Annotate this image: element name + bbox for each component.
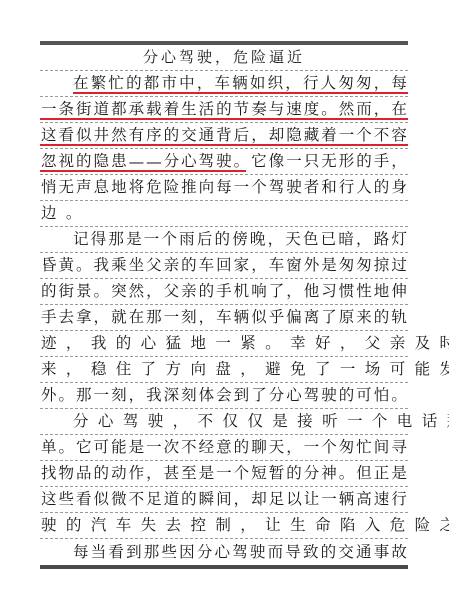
red-underline — [40, 144, 408, 146]
essay-line: 记得那是一个雨后的傍晚，天色已暗，路灯 — [40, 227, 408, 253]
essay-line: 边。 — [40, 201, 408, 227]
essay-line: 的街景。突然，父亲的手机响了，他习惯性地伸 — [40, 279, 408, 305]
essay-title: 分心驾驶，危险逼近 — [40, 45, 408, 71]
essay-line: 昏黄。我乘坐父亲的车回家，车窗外是匆匆掠过 — [40, 253, 408, 279]
essay-line: 悄无声息地将危险推向每一个驾驶者和行人的身 — [40, 175, 408, 201]
essay-line: 一条街道都承载着生活的节奏与速度。然而，在 — [40, 97, 408, 123]
essay-line: 迹，我的心猛地一紧。幸好，父亲及时回过神 — [40, 331, 408, 357]
essay-line: 找物品的动作，甚至是一个短暂的分神。但正是 — [40, 461, 408, 487]
essay-line: 忽视的隐患——分心驾驶。它像一只无形的手， — [40, 149, 408, 175]
essay-line: 驶的汽车失去控制，让生命陷入危险之中。 — [40, 513, 408, 539]
essay-line: 来，稳住了方向盘，避免了一场可能发生的意 — [40, 357, 408, 383]
essay-line: 这看似井然有序的交通背后，却隐藏着一个不容 — [40, 123, 408, 149]
essay-page: 分心驾驶，危险逼近 在繁忙的都市中，车辆如织，行人匆匆，每一条街道都承载着生活的… — [40, 41, 408, 569]
red-underline — [40, 118, 408, 120]
essay-line: 单。它可能是一次不经意的聊天，一个匆忙间寻 — [40, 435, 408, 461]
red-underline — [73, 92, 408, 94]
red-underline — [40, 170, 246, 172]
bottom-rule — [40, 565, 408, 569]
essay-line: 在繁忙的都市中，车辆如织，行人匆匆，每 — [40, 71, 408, 97]
essay-line: 外。那一刻，我深刻体会到了分心驾驶的可怕。 — [40, 383, 408, 409]
essay-line: 每当看到那些因分心驾驶而导致的交通事故 — [40, 539, 408, 565]
essay-body: 在繁忙的都市中，车辆如织，行人匆匆，每一条街道都承载着生活的节奏与速度。然而，在… — [40, 71, 408, 565]
essay-line: 分心驾驶，不仅仅是接听一个电话那么简 — [40, 409, 408, 435]
essay-line: 手去拿，就在那一刻，车辆似乎偏离了原来的轨 — [40, 305, 408, 331]
essay-line: 这些看似微不足道的瞬间，却足以让一辆高速行 — [40, 487, 408, 513]
